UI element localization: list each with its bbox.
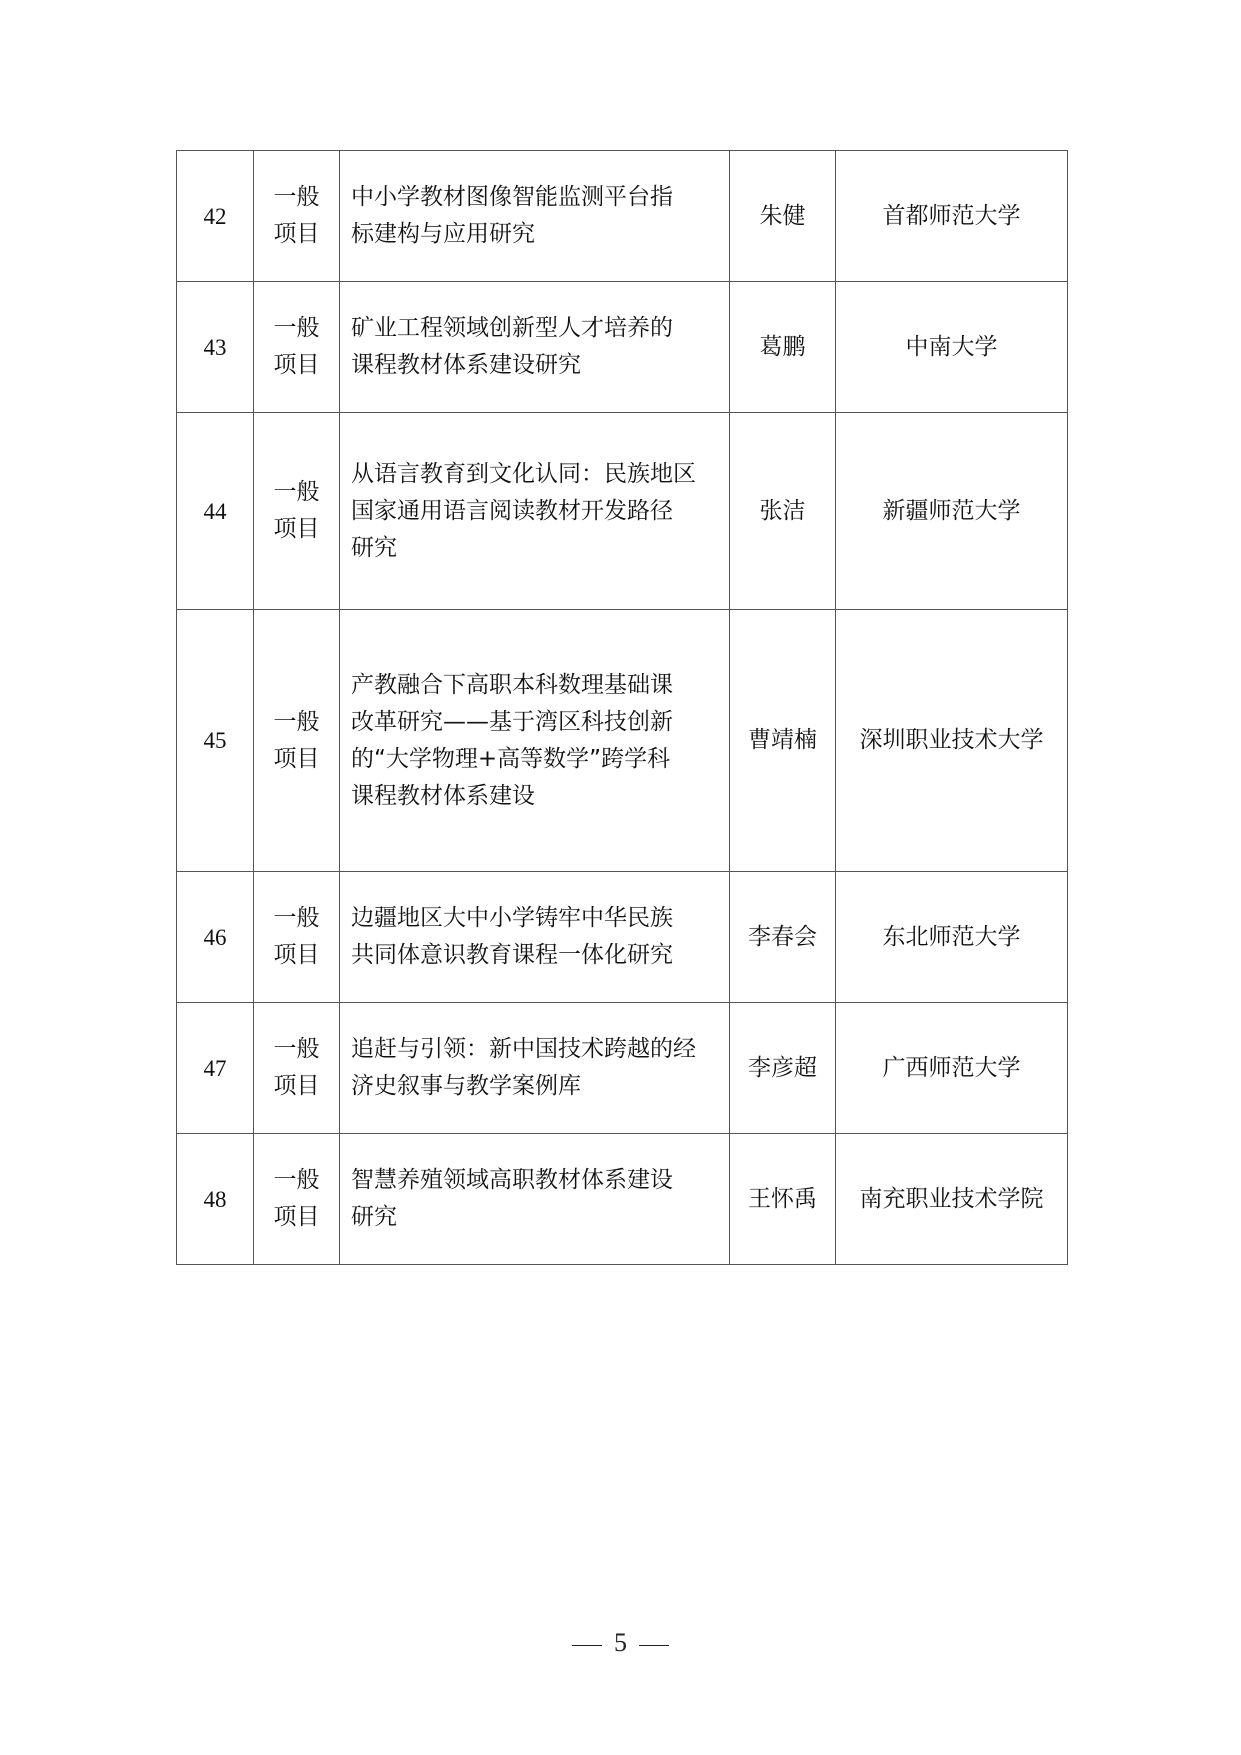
table-row: 46 一般项目 边疆地区大中小学铸牢中华民族共同体意识教育课程一体化研究 李春会… (177, 872, 1068, 1003)
page-number: 5 (614, 1628, 627, 1657)
project-type-line2: 项目 (254, 937, 339, 974)
project-type-line1: 一般 (254, 1162, 339, 1199)
project-title-line: 的“大学物理+高等数学”跨学科 (351, 741, 719, 778)
project-organization: 中南大学 (836, 282, 1068, 413)
project-type-line1: 一般 (254, 474, 339, 511)
project-title: 中小学教材图像智能监测平台指标建构与应用研究 (340, 151, 730, 282)
project-leader: 葛鹏 (730, 282, 836, 413)
project-title: 智慧养殖领域高职教材体系建设研究 (340, 1134, 730, 1265)
project-leader: 朱健 (730, 151, 836, 282)
project-title-line: 边疆地区大中小学铸牢中华民族 (351, 900, 719, 937)
project-table: 42 一般项目 中小学教材图像智能监测平台指标建构与应用研究 朱健 首都师范大学… (176, 150, 1068, 1265)
table-row: 48 一般项目 智慧养殖领域高职教材体系建设研究 王怀禹 南充职业技术学院 (177, 1134, 1068, 1265)
project-leader: 李春会 (730, 872, 836, 1003)
project-leader: 李彦超 (730, 1003, 836, 1134)
project-type-line2: 项目 (254, 216, 339, 253)
project-organization: 新疆师范大学 (836, 413, 1068, 610)
project-leader: 王怀禹 (730, 1134, 836, 1265)
project-number: 43 (177, 282, 254, 413)
table-row: 42 一般项目 中小学教材图像智能监测平台指标建构与应用研究 朱健 首都师范大学 (177, 151, 1068, 282)
project-type: 一般项目 (254, 1134, 340, 1265)
project-number: 47 (177, 1003, 254, 1134)
project-title-line: 改革研究——基于湾区科技创新 (351, 704, 719, 741)
project-title: 从语言教育到文化认同：民族地区国家通用语言阅读教材开发路径研究 (340, 413, 730, 610)
project-title-line: 研究 (351, 530, 719, 567)
project-leader: 曹靖楠 (730, 610, 836, 872)
project-type-line1: 一般 (254, 704, 339, 741)
table-row: 47 一般项目 追赶与引领：新中国技术跨越的经济史叙事与教学案例库 李彦超 广西… (177, 1003, 1068, 1134)
project-type-line2: 项目 (254, 511, 339, 548)
project-title: 产教融合下高职本科数理基础课改革研究——基于湾区科技创新的“大学物理+高等数学”… (340, 610, 730, 872)
project-title-line: 济史叙事与教学案例库 (351, 1068, 719, 1105)
project-type-line1: 一般 (254, 900, 339, 937)
project-organization: 首都师范大学 (836, 151, 1068, 282)
project-leader: 张洁 (730, 413, 836, 610)
project-title-line: 从语言教育到文化认同：民族地区 (351, 456, 719, 493)
project-type: 一般项目 (254, 151, 340, 282)
project-title-line: 研究 (351, 1199, 719, 1236)
project-type: 一般项目 (254, 282, 340, 413)
project-title: 追赶与引领：新中国技术跨越的经济史叙事与教学案例库 (340, 1003, 730, 1134)
project-type-line2: 项目 (254, 741, 339, 778)
project-number: 46 (177, 872, 254, 1003)
table-row: 45 一般项目 产教融合下高职本科数理基础课改革研究——基于湾区科技创新的“大学… (177, 610, 1068, 872)
project-type-line1: 一般 (254, 1031, 339, 1068)
project-type-line2: 项目 (254, 1199, 339, 1236)
project-organization: 南充职业技术学院 (836, 1134, 1068, 1265)
project-organization: 广西师范大学 (836, 1003, 1068, 1134)
project-type-line2: 项目 (254, 347, 339, 384)
project-number: 44 (177, 413, 254, 610)
project-type-line1: 一般 (254, 310, 339, 347)
page-footer: 5 (0, 1628, 1241, 1658)
project-type: 一般项目 (254, 872, 340, 1003)
project-organization: 东北师范大学 (836, 872, 1068, 1003)
footer-dash-left (572, 1645, 602, 1646)
project-number: 42 (177, 151, 254, 282)
project-title: 矿业工程领域创新型人才培养的课程教材体系建设研究 (340, 282, 730, 413)
project-type: 一般项目 (254, 413, 340, 610)
project-title-line: 矿业工程领域创新型人才培养的 (351, 310, 719, 347)
project-number: 48 (177, 1134, 254, 1265)
project-title-line: 追赶与引领：新中国技术跨越的经 (351, 1031, 719, 1068)
project-type: 一般项目 (254, 610, 340, 872)
project-organization: 深圳职业技术大学 (836, 610, 1068, 872)
table-row: 44 一般项目 从语言教育到文化认同：民族地区国家通用语言阅读教材开发路径研究 … (177, 413, 1068, 610)
project-title-line: 国家通用语言阅读教材开发路径 (351, 493, 719, 530)
project-title-line: 课程教材体系建设 (351, 778, 719, 815)
project-title-line: 产教融合下高职本科数理基础课 (351, 667, 719, 704)
project-title-line: 课程教材体系建设研究 (351, 347, 719, 384)
document-page: 42 一般项目 中小学教材图像智能监测平台指标建构与应用研究 朱健 首都师范大学… (0, 0, 1241, 1755)
project-title-line: 共同体意识教育课程一体化研究 (351, 937, 719, 974)
project-number: 45 (177, 610, 254, 872)
footer-dash-right (639, 1645, 669, 1646)
project-title-line: 中小学教材图像智能监测平台指 (351, 179, 719, 216)
table-row: 43 一般项目 矿业工程领域创新型人才培养的课程教材体系建设研究 葛鹏 中南大学 (177, 282, 1068, 413)
project-type-line2: 项目 (254, 1068, 339, 1105)
project-title-line: 智慧养殖领域高职教材体系建设 (351, 1162, 719, 1199)
project-type: 一般项目 (254, 1003, 340, 1134)
project-title: 边疆地区大中小学铸牢中华民族共同体意识教育课程一体化研究 (340, 872, 730, 1003)
project-title-line: 标建构与应用研究 (351, 216, 719, 253)
project-type-line1: 一般 (254, 179, 339, 216)
